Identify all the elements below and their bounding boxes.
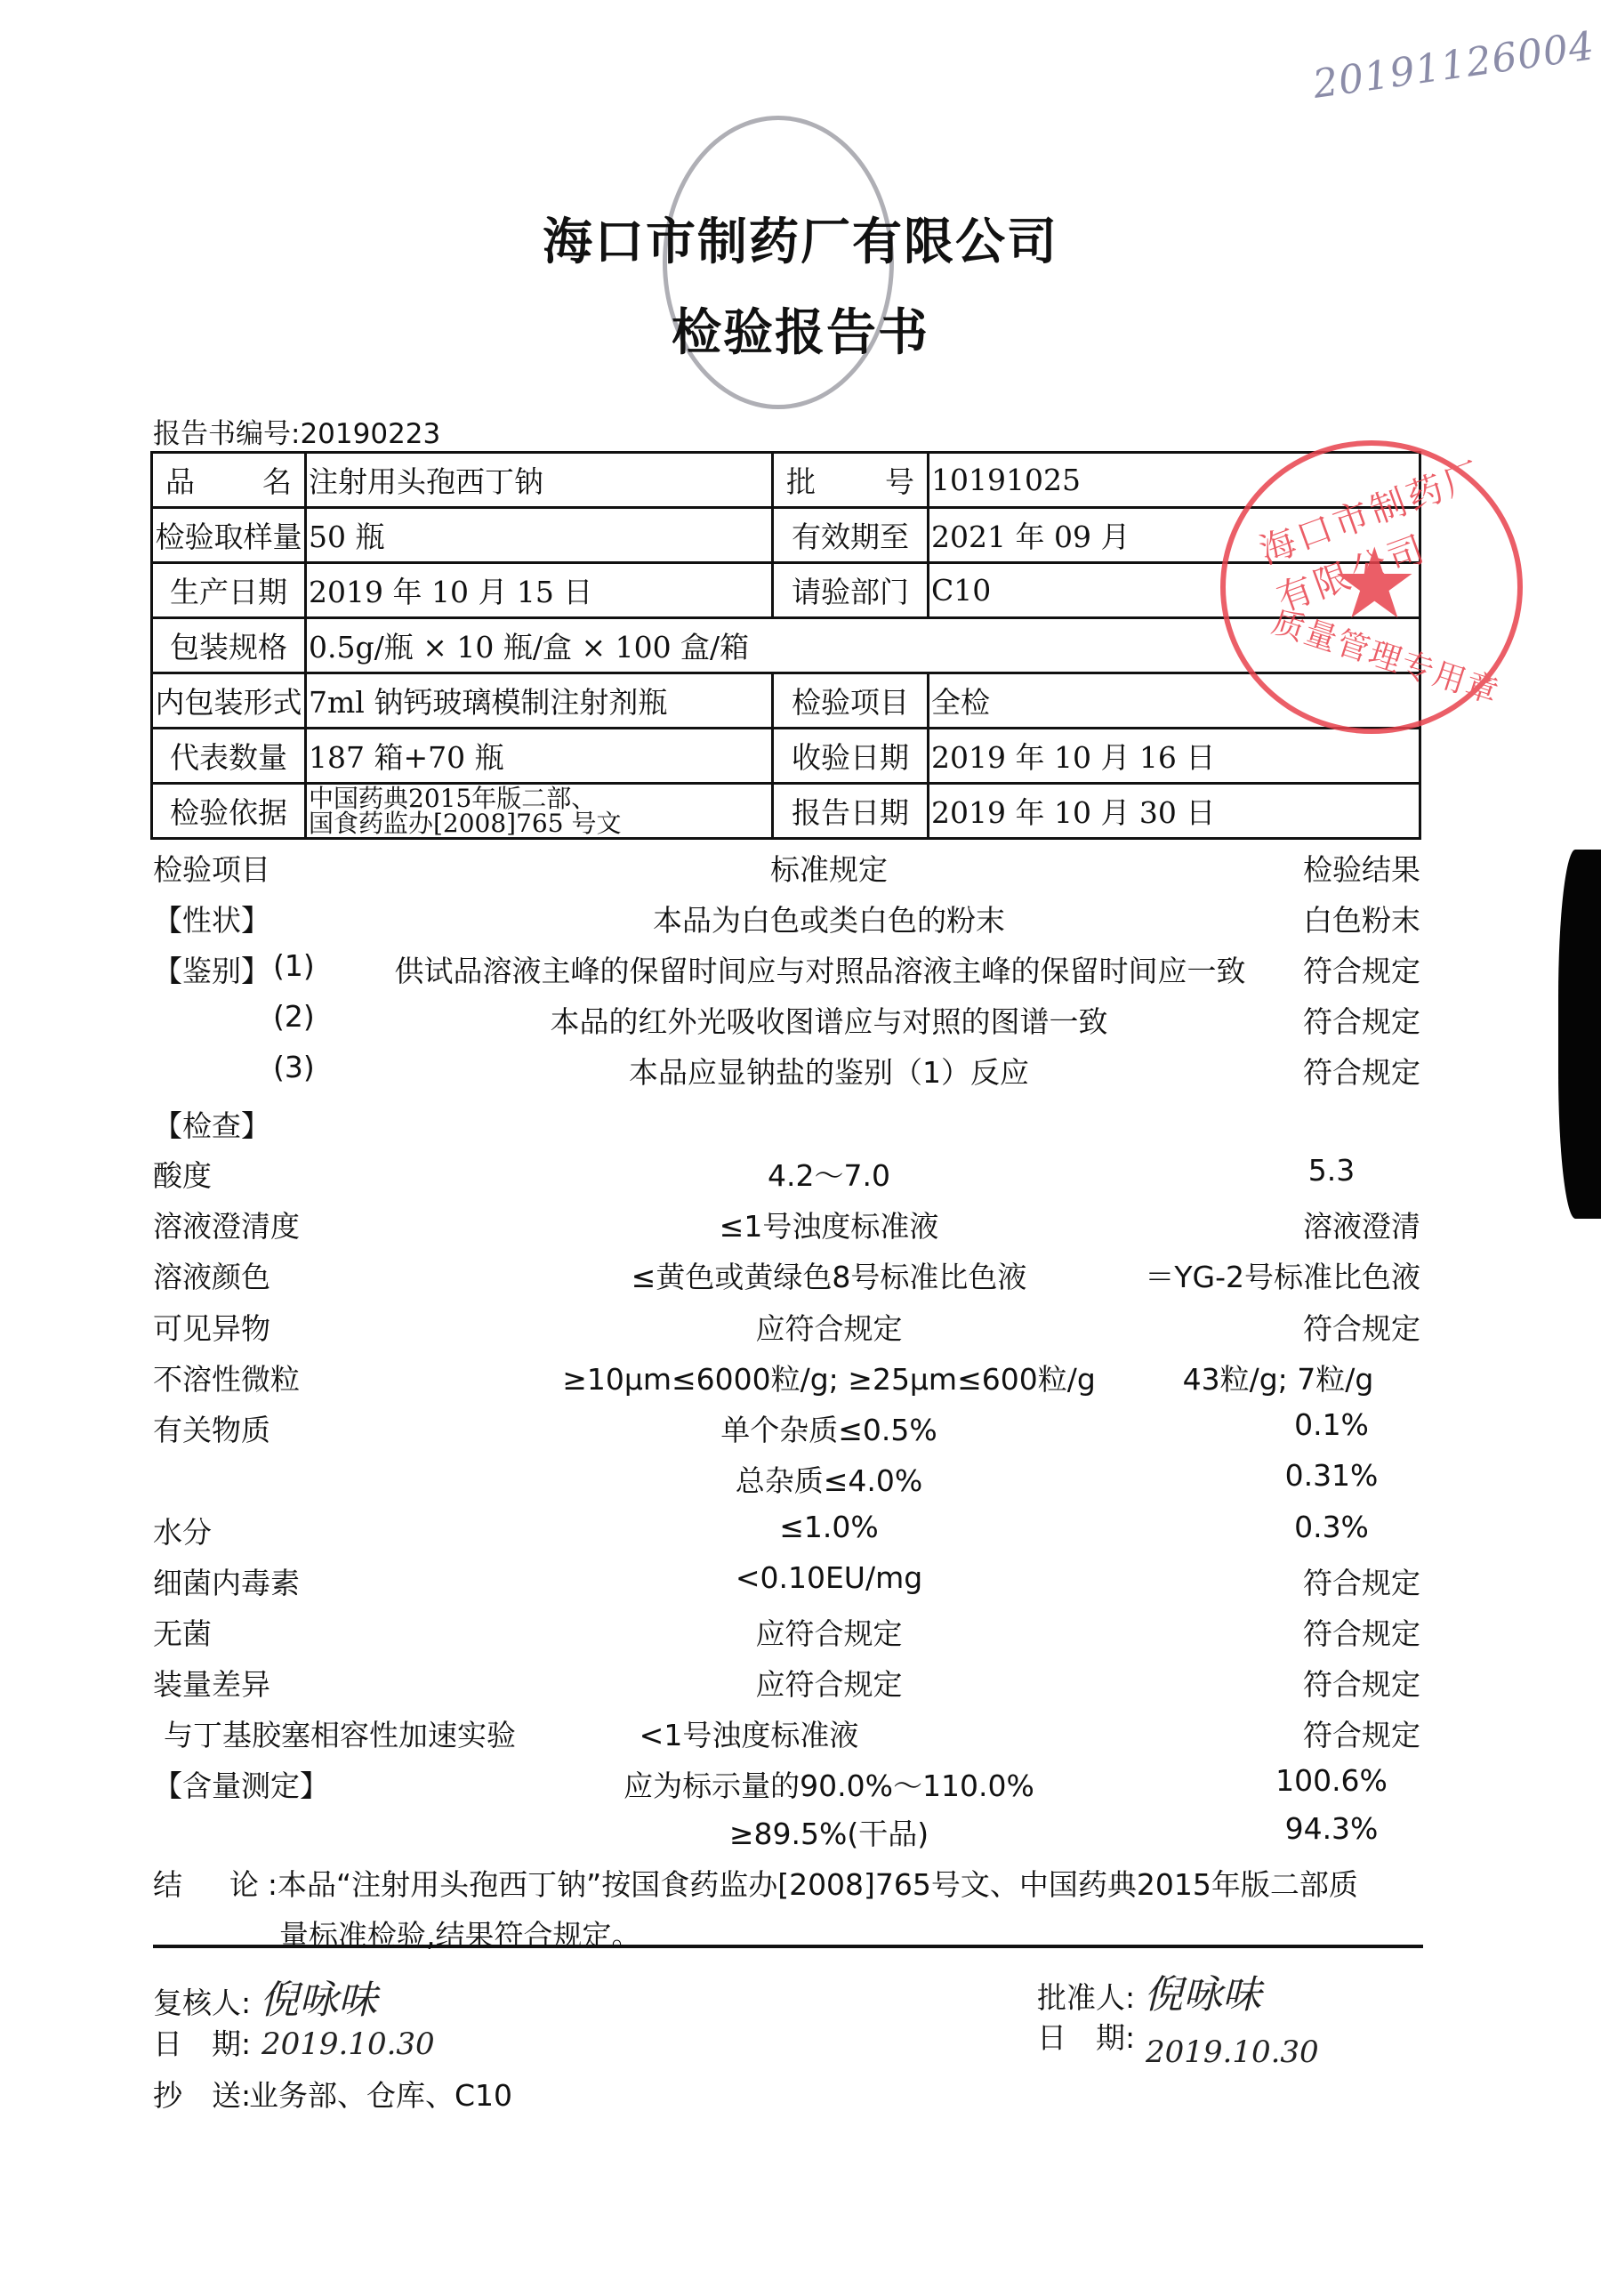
test-result: 符合规定: [1154, 1611, 1420, 1653]
table-row: 品 名 注射用头孢西丁钠 批 号 10191025: [152, 453, 1420, 508]
test-item: 溶液澄清度: [153, 1204, 300, 1245]
table-row: 内包装形式 7ml 钠钙玻璃模制注射剂瓶 检验项目 全检: [152, 673, 1420, 729]
expiry-label: 有效期至: [773, 508, 929, 563]
receive-date-label: 收验日期: [773, 729, 929, 784]
test-standard: <1号浊度标准液: [527, 1712, 971, 1754]
test-standard: 本品的红外光吸收图谱应与对照的图谱一致: [384, 999, 1274, 1041]
test-standard: 应符合规定: [384, 1662, 1274, 1704]
test-result: 符合规定: [1154, 1560, 1420, 1602]
test-row: 溶液澄清度 ≤1号浊度标准液 溶液澄清: [153, 1204, 1420, 1248]
test-item: 【含量测定】: [153, 1763, 329, 1805]
scan-edge-mark: [1558, 850, 1601, 1219]
test-standard: 单个杂质≤0.5%: [384, 1407, 1274, 1449]
quantity-value: 187 箱+70 瓶: [306, 729, 773, 784]
package-spec-label: 包装规格: [152, 618, 306, 673]
report-date-label: 报告日期: [773, 784, 929, 839]
header-item: 检验项目: [153, 847, 270, 889]
test-standard: 本品为白色或类白色的粉末: [384, 898, 1274, 939]
approver-date-label: 日 期:: [1037, 2015, 1133, 2057]
batch-no-label: 批 号: [773, 453, 929, 508]
basis-line-2: 国食药监办[2008]765 号文: [309, 811, 769, 836]
approver-signature: 倪咏味: [1144, 1972, 1261, 2018]
test-item: 酸度: [153, 1153, 212, 1195]
test-row: 总杂质≤4.0% 0.31%: [153, 1458, 1420, 1502]
test-standard: ≤1.0%: [384, 1510, 1274, 1544]
reviewer-date: 日 期:2019.10.30: [153, 2021, 435, 2063]
test-standard: 总杂质≤4.0%: [384, 1458, 1274, 1500]
test-result: 白色粉末: [1154, 898, 1420, 939]
reviewer: 复核人:倪咏味: [153, 1968, 377, 2025]
test-row: 有关物质 单个杂质≤0.5% 0.1%: [153, 1407, 1420, 1452]
test-result: 溶液澄清: [1154, 1204, 1420, 1245]
test-section-heading: 【检查】: [153, 1103, 1420, 1148]
cc-label: 抄 送:: [153, 2073, 249, 2115]
test-standard: ≥89.5%(干品): [384, 1811, 1274, 1853]
test-row: 水分 ≤1.0% 0.3%: [153, 1510, 1420, 1554]
test-item: 溶液颜色: [153, 1254, 270, 1296]
test-item: 无菌: [153, 1611, 212, 1653]
test-scope-label: 检验项目: [773, 673, 929, 729]
test-standard: 应符合规定: [384, 1306, 1274, 1348]
test-row: 不溶性微粒 ≥10μm≤6000粒/g; ≥25μm≤600粒/g 43粒/g;…: [153, 1357, 1420, 1401]
quantity-label: 代表数量: [152, 729, 306, 784]
sample-qty-value: 50 瓶: [306, 508, 773, 563]
test-standard: ≤1号浊度标准液: [384, 1204, 1274, 1245]
test-result: 5.3: [1216, 1153, 1447, 1188]
tests-header: 检验项目 标准规定 检验结果: [153, 847, 1420, 891]
inner-package-value: 7ml 钠钙玻璃模制注射剂瓶: [306, 673, 773, 729]
test-result: 符合规定: [1154, 1050, 1420, 1092]
test-sub-index: (2): [273, 999, 315, 1034]
test-standard: <0.10EU/mg: [384, 1560, 1274, 1595]
test-result: ＝YG-2号标准比色液: [1065, 1254, 1420, 1296]
test-standard: 4.2～7.0: [384, 1153, 1274, 1195]
table-row: 检验依据 中国药典2015年版二部、 国食药监办[2008]765 号文 报告日…: [152, 784, 1420, 839]
approver-date: 日 期:2019.10.30: [1037, 2015, 1319, 2057]
report-number: 报告书编号:20190223: [153, 411, 440, 451]
test-result: 94.3%: [1216, 1811, 1447, 1846]
test-row: 无菌 应符合规定 符合规定: [153, 1611, 1420, 1656]
basis-line-1: 中国药典2015年版二部、: [309, 786, 769, 811]
test-item: 与丁基胶塞相容性加速实验: [164, 1712, 516, 1754]
test-result: 0.31%: [1216, 1458, 1447, 1493]
basis-label: 检验依据: [152, 784, 306, 839]
test-row: (2) 本品的红外光吸收图谱应与对照的图谱一致 符合规定: [153, 999, 1420, 1043]
report-number-value: 20190223: [300, 418, 440, 450]
test-sub-index: (3): [273, 1050, 315, 1084]
test-row: 可见异物 应符合规定 符合规定: [153, 1306, 1420, 1350]
test-item: 【检查】: [153, 1103, 270, 1145]
test-item: 水分: [153, 1510, 212, 1551]
report-date-value: 2019 年 10 月 30 日: [929, 784, 1420, 839]
test-row: 【鉴别】 (1) 供试品溶液主峰的保留时间应与对照品溶液主峰的保留时间应一致 符…: [153, 948, 1420, 993]
table-row: 代表数量 187 箱+70 瓶 收验日期 2019 年 10 月 16 日: [152, 729, 1420, 784]
report-number-label: 报告书编号:: [153, 418, 300, 450]
test-item: 【性状】: [153, 898, 270, 939]
test-row: 装量差异 应符合规定 符合规定: [153, 1662, 1420, 1706]
basis-value: 中国药典2015年版二部、 国食药监办[2008]765 号文: [306, 784, 773, 839]
product-name-value: 注射用头孢西丁钠: [306, 453, 773, 508]
conclusion-label: 结 论:: [153, 1859, 278, 1910]
divider: [153, 1945, 1423, 1948]
inner-package-label: 内包装形式: [152, 673, 306, 729]
test-row: 溶液颜色 ≤黄色或黄绿色8号标准比色液 ＝YG-2号标准比色液: [153, 1254, 1420, 1299]
mfg-date-label: 生产日期: [152, 563, 306, 618]
test-sub-index: (1): [273, 948, 315, 983]
test-row: 【性状】 本品为白色或类白色的粉末 白色粉末: [153, 898, 1420, 942]
test-row: ≥89.5%(干品) 94.3%: [153, 1811, 1420, 1856]
test-item: 【鉴别】: [153, 948, 270, 990]
product-info-table: 品 名 注射用头孢西丁钠 批 号 10191025 检验取样量 50 瓶 有效期…: [150, 451, 1421, 840]
test-result: 符合规定: [1154, 1662, 1420, 1704]
test-row: 【含量测定】 应为标示量的90.0%～110.0% 100.6%: [153, 1763, 1420, 1808]
dept-label: 请验部门: [773, 563, 929, 618]
quality-management-stamp: 海口市制药厂有限公司 ★ 质量管理专用章: [1220, 440, 1523, 734]
test-row: (3) 本品应显钠盐的鉴别（1）反应 符合规定: [153, 1050, 1420, 1094]
test-result: 符合规定: [1154, 1306, 1420, 1348]
reviewer-date-value: 2019.10.30: [261, 2026, 435, 2062]
header-standard: 标准规定: [384, 847, 1274, 889]
document-title: 检验报告书: [534, 294, 1067, 365]
test-standard: 应为标示量的90.0%～110.0%: [384, 1763, 1274, 1805]
test-item: 可见异物: [153, 1306, 270, 1348]
test-item: 装量差异: [153, 1662, 270, 1704]
test-standard: 应符合规定: [384, 1611, 1274, 1653]
sample-qty-label: 检验取样量: [152, 508, 306, 563]
mfg-date-value: 2019 年 10 月 15 日: [306, 563, 773, 618]
test-row: 与丁基胶塞相容性加速实验 <1号浊度标准液 符合规定: [153, 1712, 1420, 1757]
test-result: 43粒/g; 7粒/g: [1136, 1357, 1420, 1398]
test-row: 酸度 4.2～7.0 5.3: [153, 1153, 1420, 1197]
header-result: 检验结果: [1154, 847, 1420, 889]
test-item: 有关物质: [153, 1407, 270, 1449]
cc-value: 业务部、仓库、C10: [249, 2078, 512, 2113]
receive-date-value: 2019 年 10 月 16 日: [929, 729, 1420, 784]
test-item: 细菌内毒素: [153, 1560, 300, 1602]
test-result: 0.1%: [1216, 1407, 1447, 1442]
reviewer-label: 复核人:: [153, 1986, 251, 2020]
approver-date-value: 2019.10.30: [1146, 2034, 1319, 2070]
test-result: 符合规定: [1154, 999, 1420, 1041]
approver-label: 批准人:: [1037, 1980, 1135, 2015]
reviewer-date-label: 日 期:: [153, 2021, 249, 2063]
test-result: 100.6%: [1216, 1763, 1447, 1798]
cc: 抄 送:业务部、仓库、C10: [153, 2073, 512, 2115]
test-result: 符合规定: [1154, 948, 1420, 990]
reviewer-signature: 倪咏味: [260, 1978, 377, 2023]
product-name-label: 品 名: [152, 453, 306, 508]
conclusion-line-2: 量标准检验,结果符合规定。: [153, 1910, 1425, 1961]
approver: 批准人:倪咏味: [1037, 1962, 1261, 2019]
test-item: 不溶性微粒: [153, 1357, 300, 1398]
conclusion-line-1: 本品“注射用头孢西丁钠”按国食药监办[2008]765号文、中国药典2015年版…: [278, 1867, 1358, 1902]
test-row: 细菌内毒素 <0.10EU/mg 符合规定: [153, 1560, 1420, 1605]
company-title: 海口市制药厂有限公司: [534, 203, 1067, 274]
test-standard: 本品应显钠盐的鉴别（1）反应: [384, 1050, 1274, 1092]
test-result: 0.3%: [1216, 1510, 1447, 1544]
test-result: 符合规定: [1154, 1712, 1420, 1754]
handwritten-reference-number: 20191126004: [1310, 23, 1597, 108]
